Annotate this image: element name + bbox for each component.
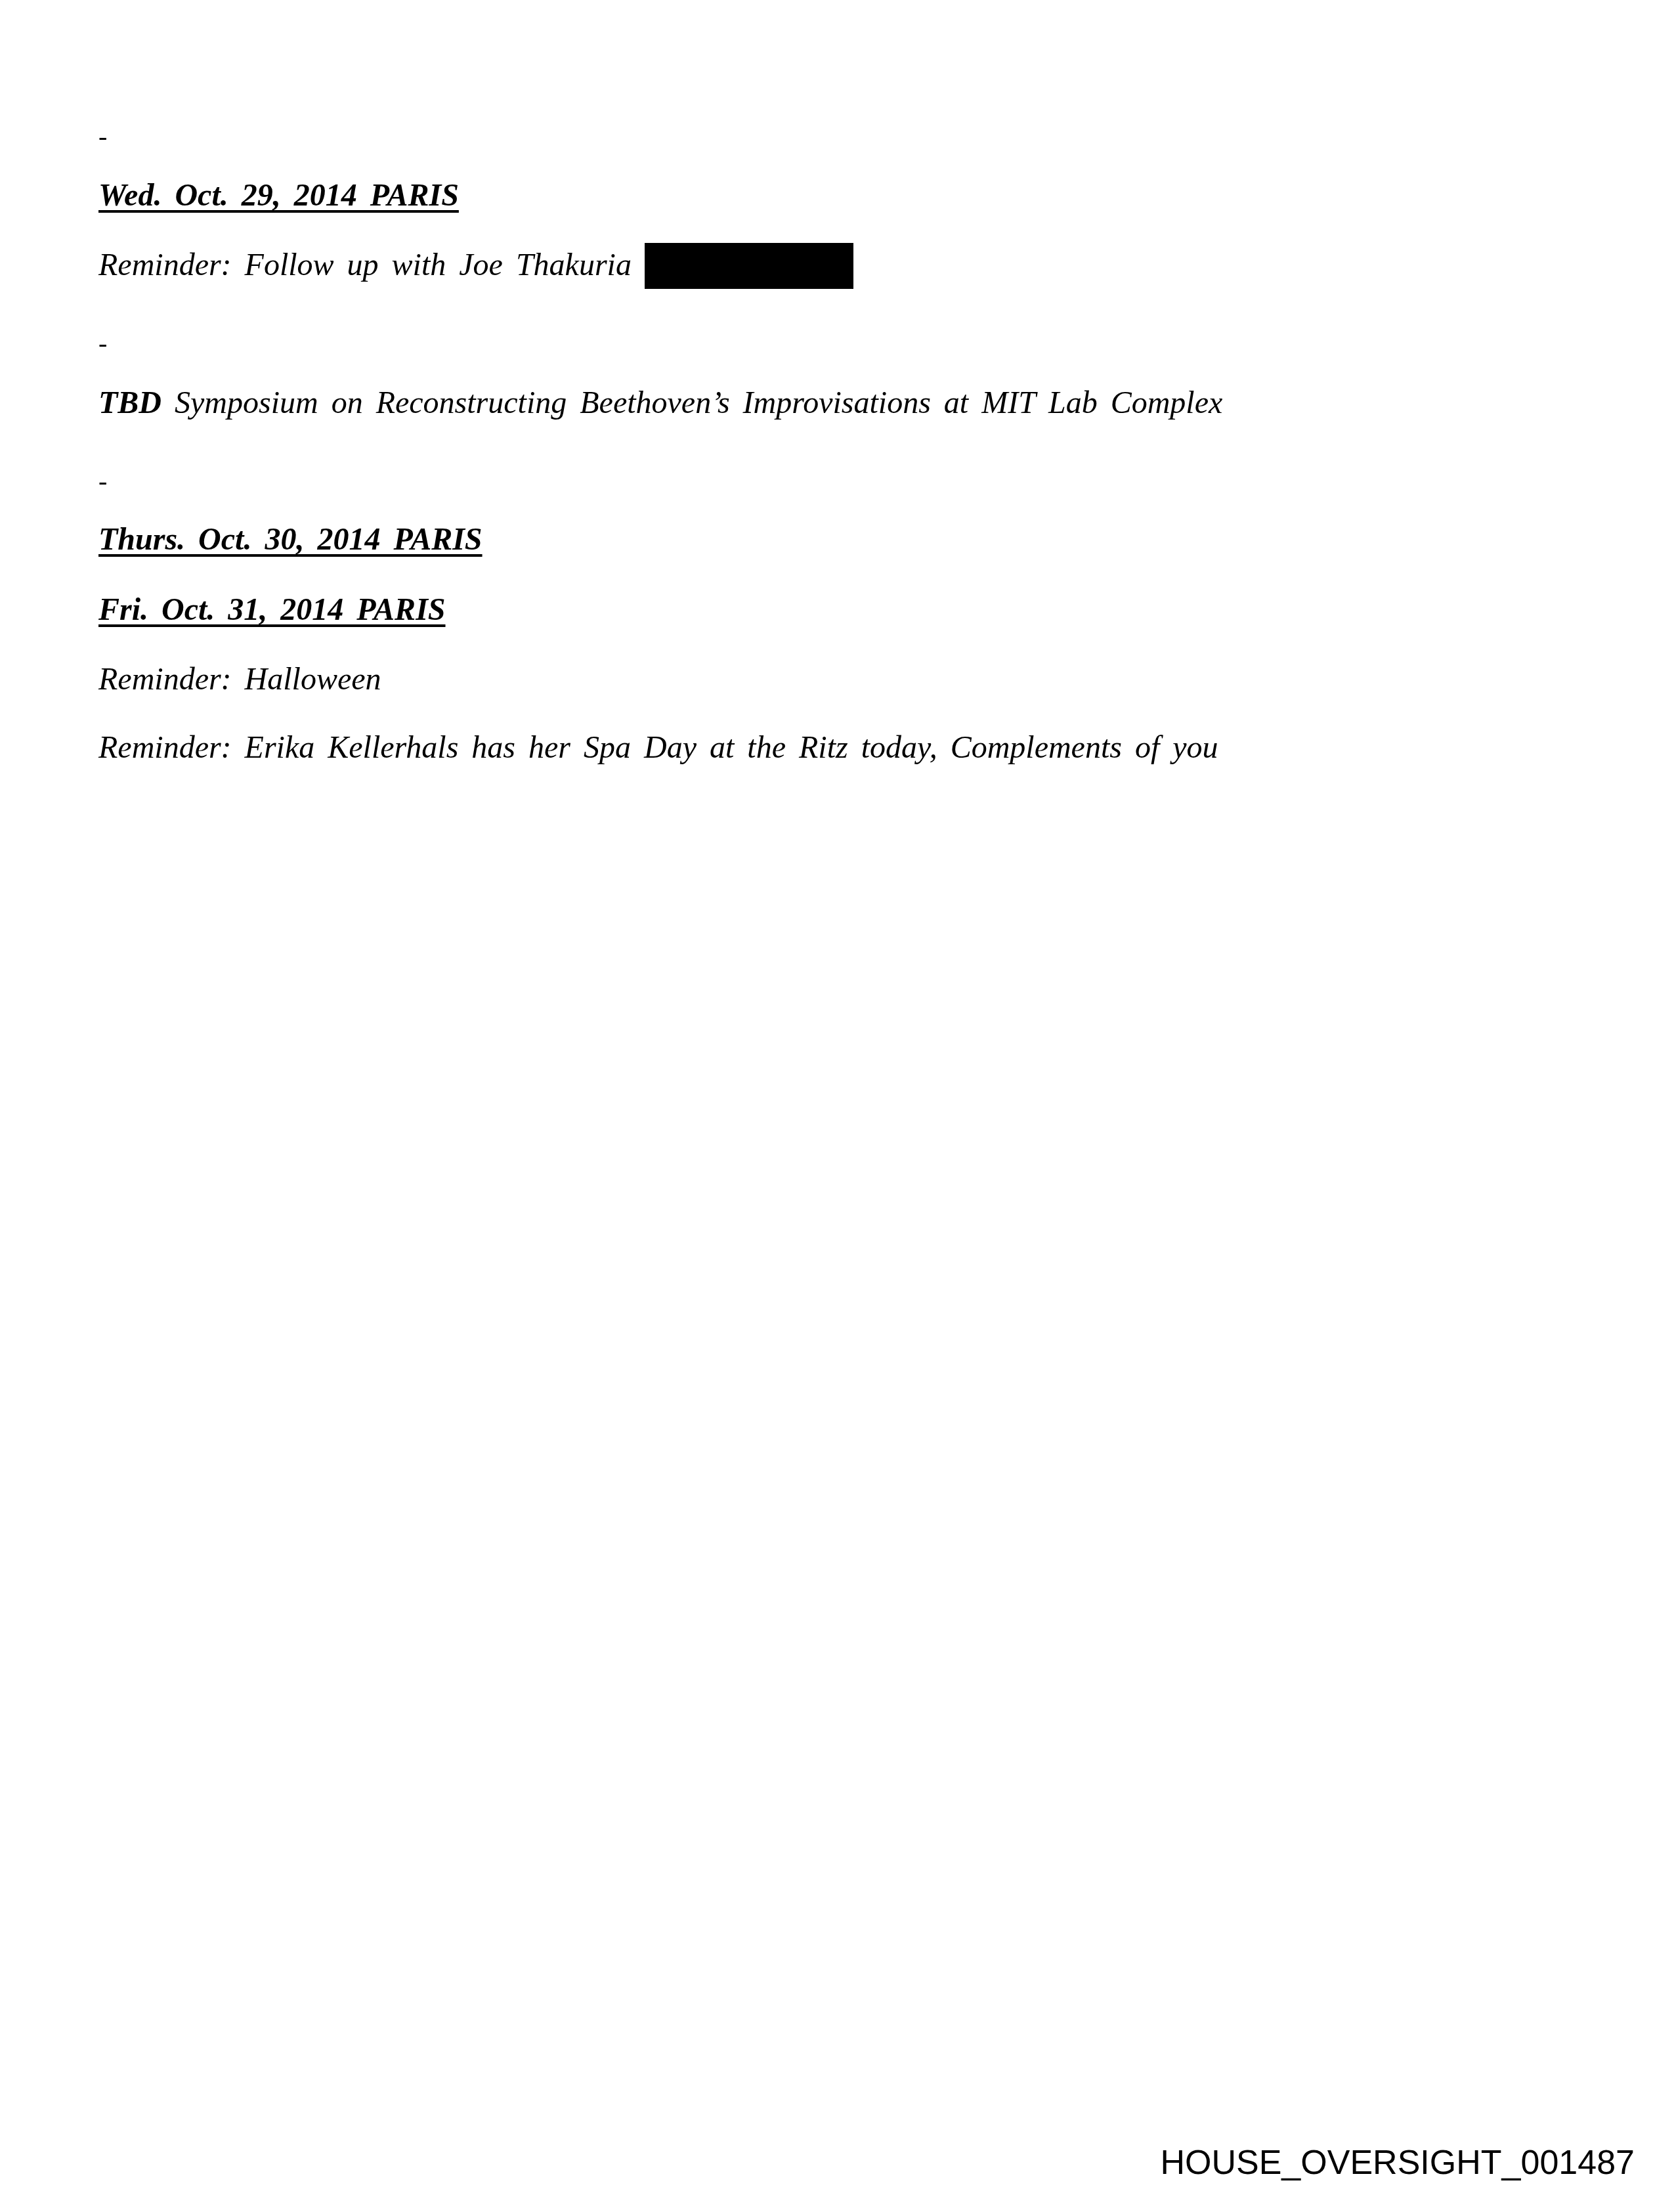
separator-dash-2: - xyxy=(98,330,107,357)
date-heading-oct-31: Fri. Oct. 31, 2014 PARIS xyxy=(98,594,446,626)
date-heading-oct-29: Wed. Oct. 29, 2014 PARIS xyxy=(98,180,459,211)
bates-number: HOUSE_OVERSIGHT_001487 xyxy=(1160,2146,1635,2180)
separator-dash-1: - xyxy=(98,123,107,150)
date-heading-oct-30: Thurs. Oct. 30, 2014 PARIS xyxy=(98,524,483,555)
separator-dash-3: - xyxy=(98,468,107,494)
redaction-box xyxy=(645,243,853,289)
reminder-spa-day: Reminder: Erika Kellerhals has her Spa D… xyxy=(98,732,1218,764)
reminder-halloween: Reminder: Halloween xyxy=(98,664,381,695)
reminder-follow-up: Reminder: Follow up with Joe Thakuria xyxy=(98,249,632,281)
event-symposium: TBD Symposium on Reconstructing Beethove… xyxy=(98,387,1222,419)
event-tbd-label: TBD xyxy=(98,385,161,420)
event-description: Symposium on Reconstructing Beethoven’s … xyxy=(175,385,1222,420)
